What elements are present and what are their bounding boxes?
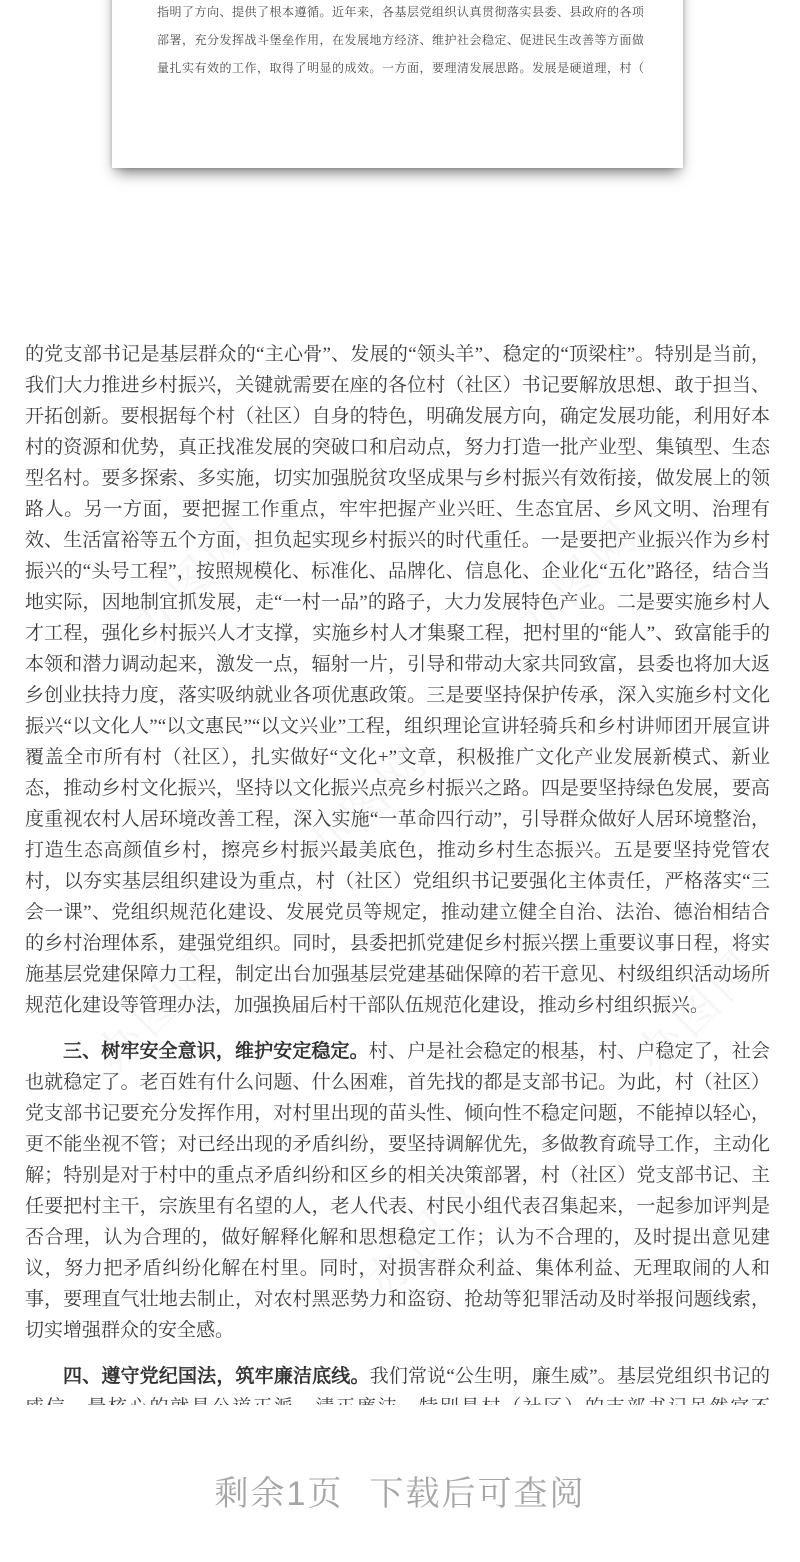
section-four-heading: 四、遵守党纪国法，筑牢廉洁底线。 xyxy=(63,1366,370,1387)
section-three-heading: 三、树牢安全意识，维护安定稳定。 xyxy=(63,1041,369,1062)
previous-page-text: 指明了方向、提供了根本遵循。近年来，各基层党组织认真贯彻落实县委、县政府的各项决… xyxy=(112,0,683,82)
remaining-pages-count: 剩余1页 xyxy=(215,1466,344,1515)
paragraph-text: 村、户是社会稳定的根基，村、户稳定了，社会也就稳定了。老百姓有什么问题、什么困难… xyxy=(25,1041,770,1341)
paragraph-section-four: 四、遵守党纪国法，筑牢廉洁底线。我们常说“公生明，廉生威”。基层党组织书记的威信… xyxy=(25,1361,770,1405)
previous-page-line: 量扎实有效的工作，取得了明显的成效。一方面，要理清发展思路。发展是硬道理，村（社… xyxy=(157,54,643,82)
paragraph-continued: 的党支部书记是基层群众的“主心骨”、发展的“领头羊”、稳定的“顶梁柱”。特别是当… xyxy=(25,339,770,1021)
previous-page-line: 部署，充分发挥战斗堡垒作用，在发展地方经济、维护社会稳定、促进民生改善等方面做了… xyxy=(157,26,643,54)
paragraph-section-three: 三、树牢安全意识，维护安定稳定。村、户是社会稳定的根基，村、户稳定了，社会也就稳… xyxy=(25,1036,770,1346)
previous-page-line: 指明了方向、提供了根本遵循。近年来，各基层党组织认真贯彻落实县委、县政府的各项决… xyxy=(157,0,643,26)
document-page-body: 的党支部书记是基层群众的“主心骨”、发展的“领头羊”、稳定的“顶梁柱”。特别是当… xyxy=(25,339,770,1405)
paragraph-text: 的党支部书记是基层群众的“主心骨”、发展的“领头羊”、稳定的“顶梁柱”。特别是当… xyxy=(25,344,770,1016)
remaining-pages-hint: 剩余1页下载后可查阅 xyxy=(0,1466,800,1515)
download-to-view-hint: 下载后可查阅 xyxy=(369,1466,585,1515)
previous-page-preview-card: 指明了方向、提供了根本遵循。近年来，各基层党组织认真贯彻落实县委、县政府的各项决… xyxy=(112,0,683,168)
